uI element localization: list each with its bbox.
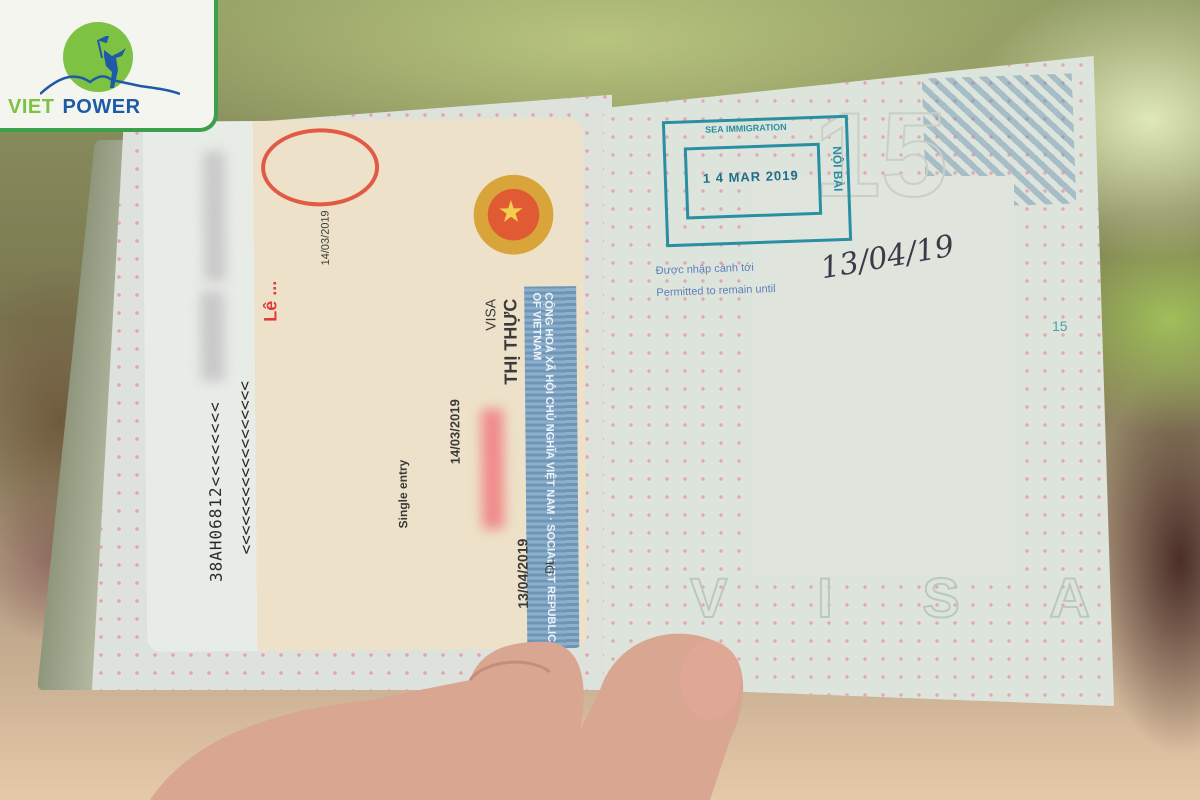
logo-wordmark: VIETPOWER [8,96,141,119]
handwritten-name: Lê ... [260,281,281,322]
country-band-text: CỘNG HOÀ XÃ HỘI CHỦ NGHĨA VIỆT NAM · SOC… [530,292,557,642]
visa-category: DL [543,558,557,573]
page-number-right: 15 [1052,318,1068,334]
stay-permit-note: Được nhập cảnh tới Permitted to remain u… [655,256,776,304]
redacted-passport-number [200,291,225,381]
logo-word-viet: VIET [8,96,54,118]
stamp-header: SEA IMMIGRATION [705,122,787,135]
hand-holding-passport [150,620,770,800]
viet-power-logo: VIETPOWER [0,0,218,132]
watermark-letter: S [922,565,959,630]
stamp-side-text: NỘI BÀI [830,146,846,192]
visa-title-en: VISA [482,299,498,331]
visa-title-vn: THỊ THỰC [500,299,522,385]
mrz-line: 38AH06812<<<<<<<< [205,401,226,582]
note-line-en: Permitted to remain until [656,278,776,304]
entries: Single entry [396,460,411,529]
national-emblem-icon [473,174,554,255]
mrz-chevrons: <<<<<<<<<<<<<<<<<< [235,381,256,555]
visa-sticker: CỘNG HOÀ XÃ HỘI CHỦ NGHĨA VIỆT NAM · SOC… [143,118,588,652]
valid-from: 14/03/2019 [447,399,463,464]
watermark-letter: I [817,565,833,630]
issue-date: 14/03/2019 [319,210,331,265]
logo-word-power: POWER [62,96,140,118]
watermark-letter: A [1050,565,1090,630]
redacted-visa-number [481,409,504,529]
entry-stamp: SEA IMMIGRATION 1 4 MAR 2019 NỘI BÀI [662,115,852,247]
hiker-on-mountain-icon [40,36,180,96]
valid-until: 13/04/2019 [514,539,531,609]
red-seal-stamp [261,128,380,207]
country-band: CỘNG HOÀ XÃ HỘI CHỦ NGHĨA VIỆT NAM · SOC… [524,286,579,648]
redacted-name [203,151,226,281]
